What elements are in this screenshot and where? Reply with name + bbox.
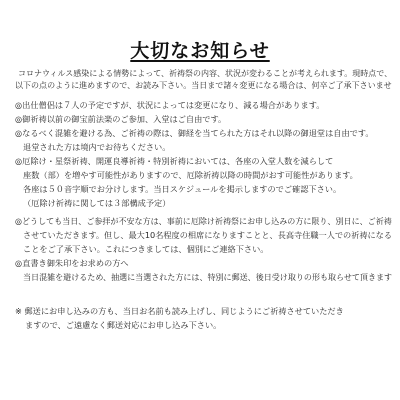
item-line: させていただきます。但し、最大10名程度の相席になりますことと、長高寺住職一人で… (23, 230, 392, 241)
item-line: ◎どうしても当日、ご参拝が不安な方は、事前に厄除け祈祷祭にお申し込みの方に限り、… (15, 216, 392, 227)
notice-title: 大切なお知らせ (130, 40, 269, 62)
intro-line: 以下の点のように進めますので、お読み下さい。当日まで諸々変更になる場合は、何卒ご… (15, 80, 392, 91)
item-line: 各座は５０音字順でお分けします。当日スケジュールを掲示しますのでご確認下さい。 (23, 184, 341, 195)
footnote-line: ※ 郵送にお申し込みの方も、当日お名前も読み上げし、同じようにご祈祷させていただ… (15, 306, 344, 317)
item-line: ◎なるべく混雑を避ける為、ご祈祷の際は、御経を当てられた方はそれ以降の御退堂は自… (15, 128, 374, 139)
item-line: 座数（部）を増やす可能性がありますので、厄除祈祷以降の時間がおす可能性があります… (23, 170, 358, 181)
item-line: ◎御祈祷以前の御宝前法楽のご参加、入堂はご自由です。 (15, 114, 226, 125)
item-line: ことをご了承下さい。これにつきましては、個別にご連絡下さい。 (23, 244, 268, 255)
intro-line: コロナウィルス感染による情勢によって、祈祷祭の内容、状況が変わることが考えられま… (18, 68, 392, 79)
item-line: （厄除け祈祷に関しては３部構成予定） (23, 198, 170, 209)
item-line: ◎厄除け・星祭祈祷、開運良導祈祷・特別祈祷においては、各座の入堂人数を減らして (15, 156, 333, 167)
item-line: 退堂された方は境内でお待ちください。 (23, 142, 170, 153)
item-line: ◎直書き御朱印をお求めの方へ (15, 258, 129, 269)
item-line: ◎出仕僧侶は７人の予定ですが、状況によっては変更になり、減る場合があります。 (15, 100, 324, 111)
item-line: 当日混雑を避けるため、抽選に当選された方には、特別に郵送、後日受け取りの形も取ら… (23, 272, 392, 283)
notice-title-wrap: 大切なお知らせ (0, 36, 400, 63)
footnote-line: ますので、ご遠慮なく郵送対応にお申し込み下さい。 (25, 320, 221, 331)
